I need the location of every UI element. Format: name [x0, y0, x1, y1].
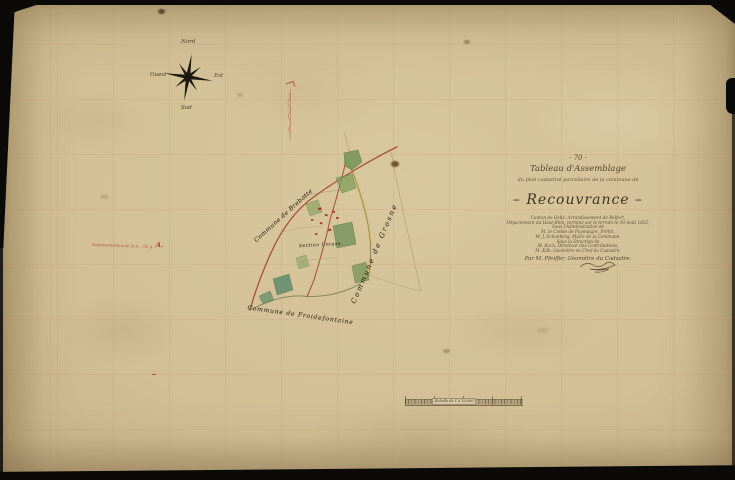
scan-border-left-lower	[0, 240, 3, 480]
cartouche-ornament: · 70 ·	[488, 154, 668, 162]
compass-label-north: Nord	[181, 39, 195, 45]
scan-border-top	[0, 0, 735, 5]
commune-title: – Recouvrance –	[488, 192, 668, 209]
scale-bar: Échelle de 1 à 10,000	[405, 396, 523, 407]
cartouche-subheading: du plan cadastral parcellaire de la comm…	[488, 177, 668, 184]
scale-bar-label: Échelle de 1 à 10,000	[432, 398, 476, 405]
compass-label-west: Ouest	[150, 72, 166, 78]
surveyor-byline: Par M. Pfeiffer, Géomètre du Cadastre.	[488, 256, 668, 263]
detail-line: M. Kilb, Géomètre en Chef du Cadastre,	[488, 249, 668, 254]
cartouche-details: Canton de Delle, Arrondissement de Belfo…	[488, 216, 668, 254]
scanned-map-sheet: Nord Sud Ouest Est Commune de Brebotte C…	[0, 0, 735, 480]
cartouche-heading: Tableau d'Assemblage	[488, 164, 668, 175]
title-cartouche: · 70 · Tableau d'Assemblage du plan cada…	[488, 154, 668, 263]
compass-label-east: Est	[214, 73, 223, 79]
red-margin-marker: A.	[156, 241, 164, 249]
compass-label-south: Sud	[181, 105, 192, 111]
